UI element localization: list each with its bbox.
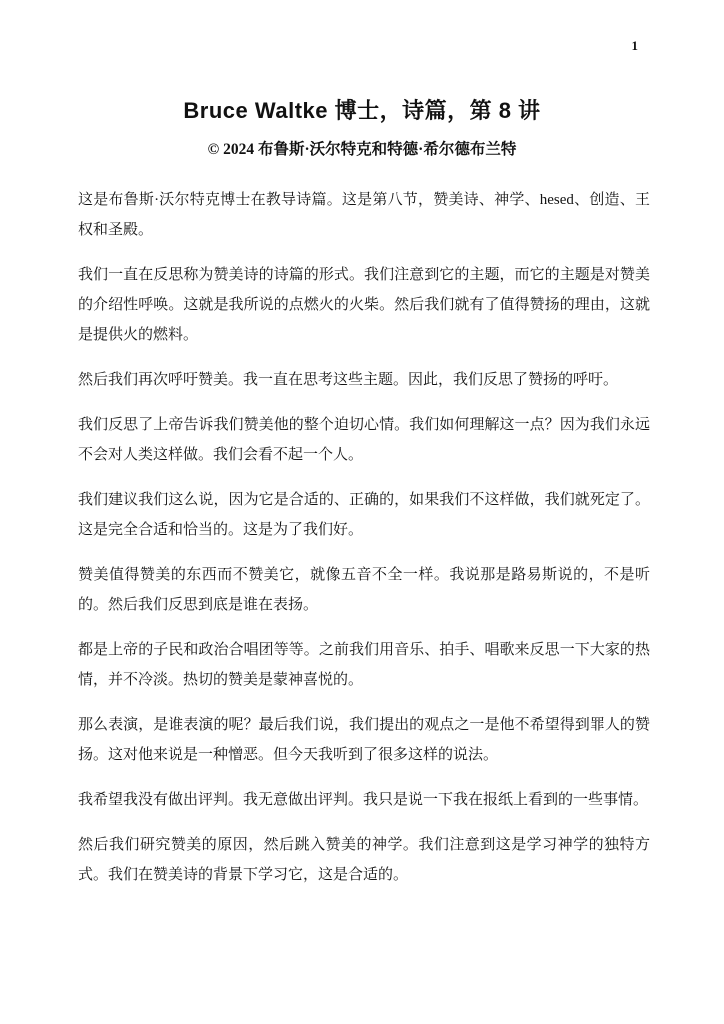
paragraph: 我们建议我们这么说，因为它是合适的、正确的，如果我们不这样做，我们就死定了。这是… xyxy=(78,485,650,545)
paragraph: 我们一直在反思称为赞美诗的诗篇的形式。我们注意到它的主题，而它的主题是对赞美的介… xyxy=(78,260,650,350)
paragraph: 我们反思了上帝告诉我们赞美他的整个迫切心情。我们如何理解这一点？因为我们永远不会… xyxy=(78,410,650,470)
paragraph: 那么表演，是谁表演的呢？最后我们说，我们提出的观点之一是他不希望得到罪人的赞扬。… xyxy=(78,710,650,770)
paragraph: 然后我们研究赞美的原因，然后跳入赞美的神学。我们注意到这是学习神学的独特方式。我… xyxy=(78,830,650,890)
paragraph: 我希望我没有做出评判。我无意做出评判。我只是说一下我在报纸上看到的一些事情。 xyxy=(78,785,650,815)
copyright-line: © 2024 布鲁斯·沃尔特克和特德·希尔德布兰特 xyxy=(0,125,724,159)
document-title: Bruce Waltke 博士，诗篇，第 8 讲 xyxy=(0,0,724,125)
document-body: 这是布鲁斯·沃尔特克博士在教导诗篇。这是第八节，赞美诗、神学、hesed、创造、… xyxy=(0,185,724,890)
paragraph: 赞美值得赞美的东西而不赞美它，就像五音不全一样。我说那是路易斯说的，不是听的。然… xyxy=(78,560,650,620)
document-page: 1 Bruce Waltke 博士，诗篇，第 8 讲 © 2024 布鲁斯·沃尔… xyxy=(0,0,724,1024)
page-number: 1 xyxy=(632,38,639,54)
paragraph: 然后我们再次呼吁赞美。我一直在思考这些主题。因此，我们反思了赞扬的呼吁。 xyxy=(78,365,650,395)
paragraph: 都是上帝的子民和政治合唱团等等。之前我们用音乐、拍手、唱歌来反思一下大家的热情，… xyxy=(78,635,650,695)
paragraph: 这是布鲁斯·沃尔特克博士在教导诗篇。这是第八节，赞美诗、神学、hesed、创造、… xyxy=(78,185,650,245)
